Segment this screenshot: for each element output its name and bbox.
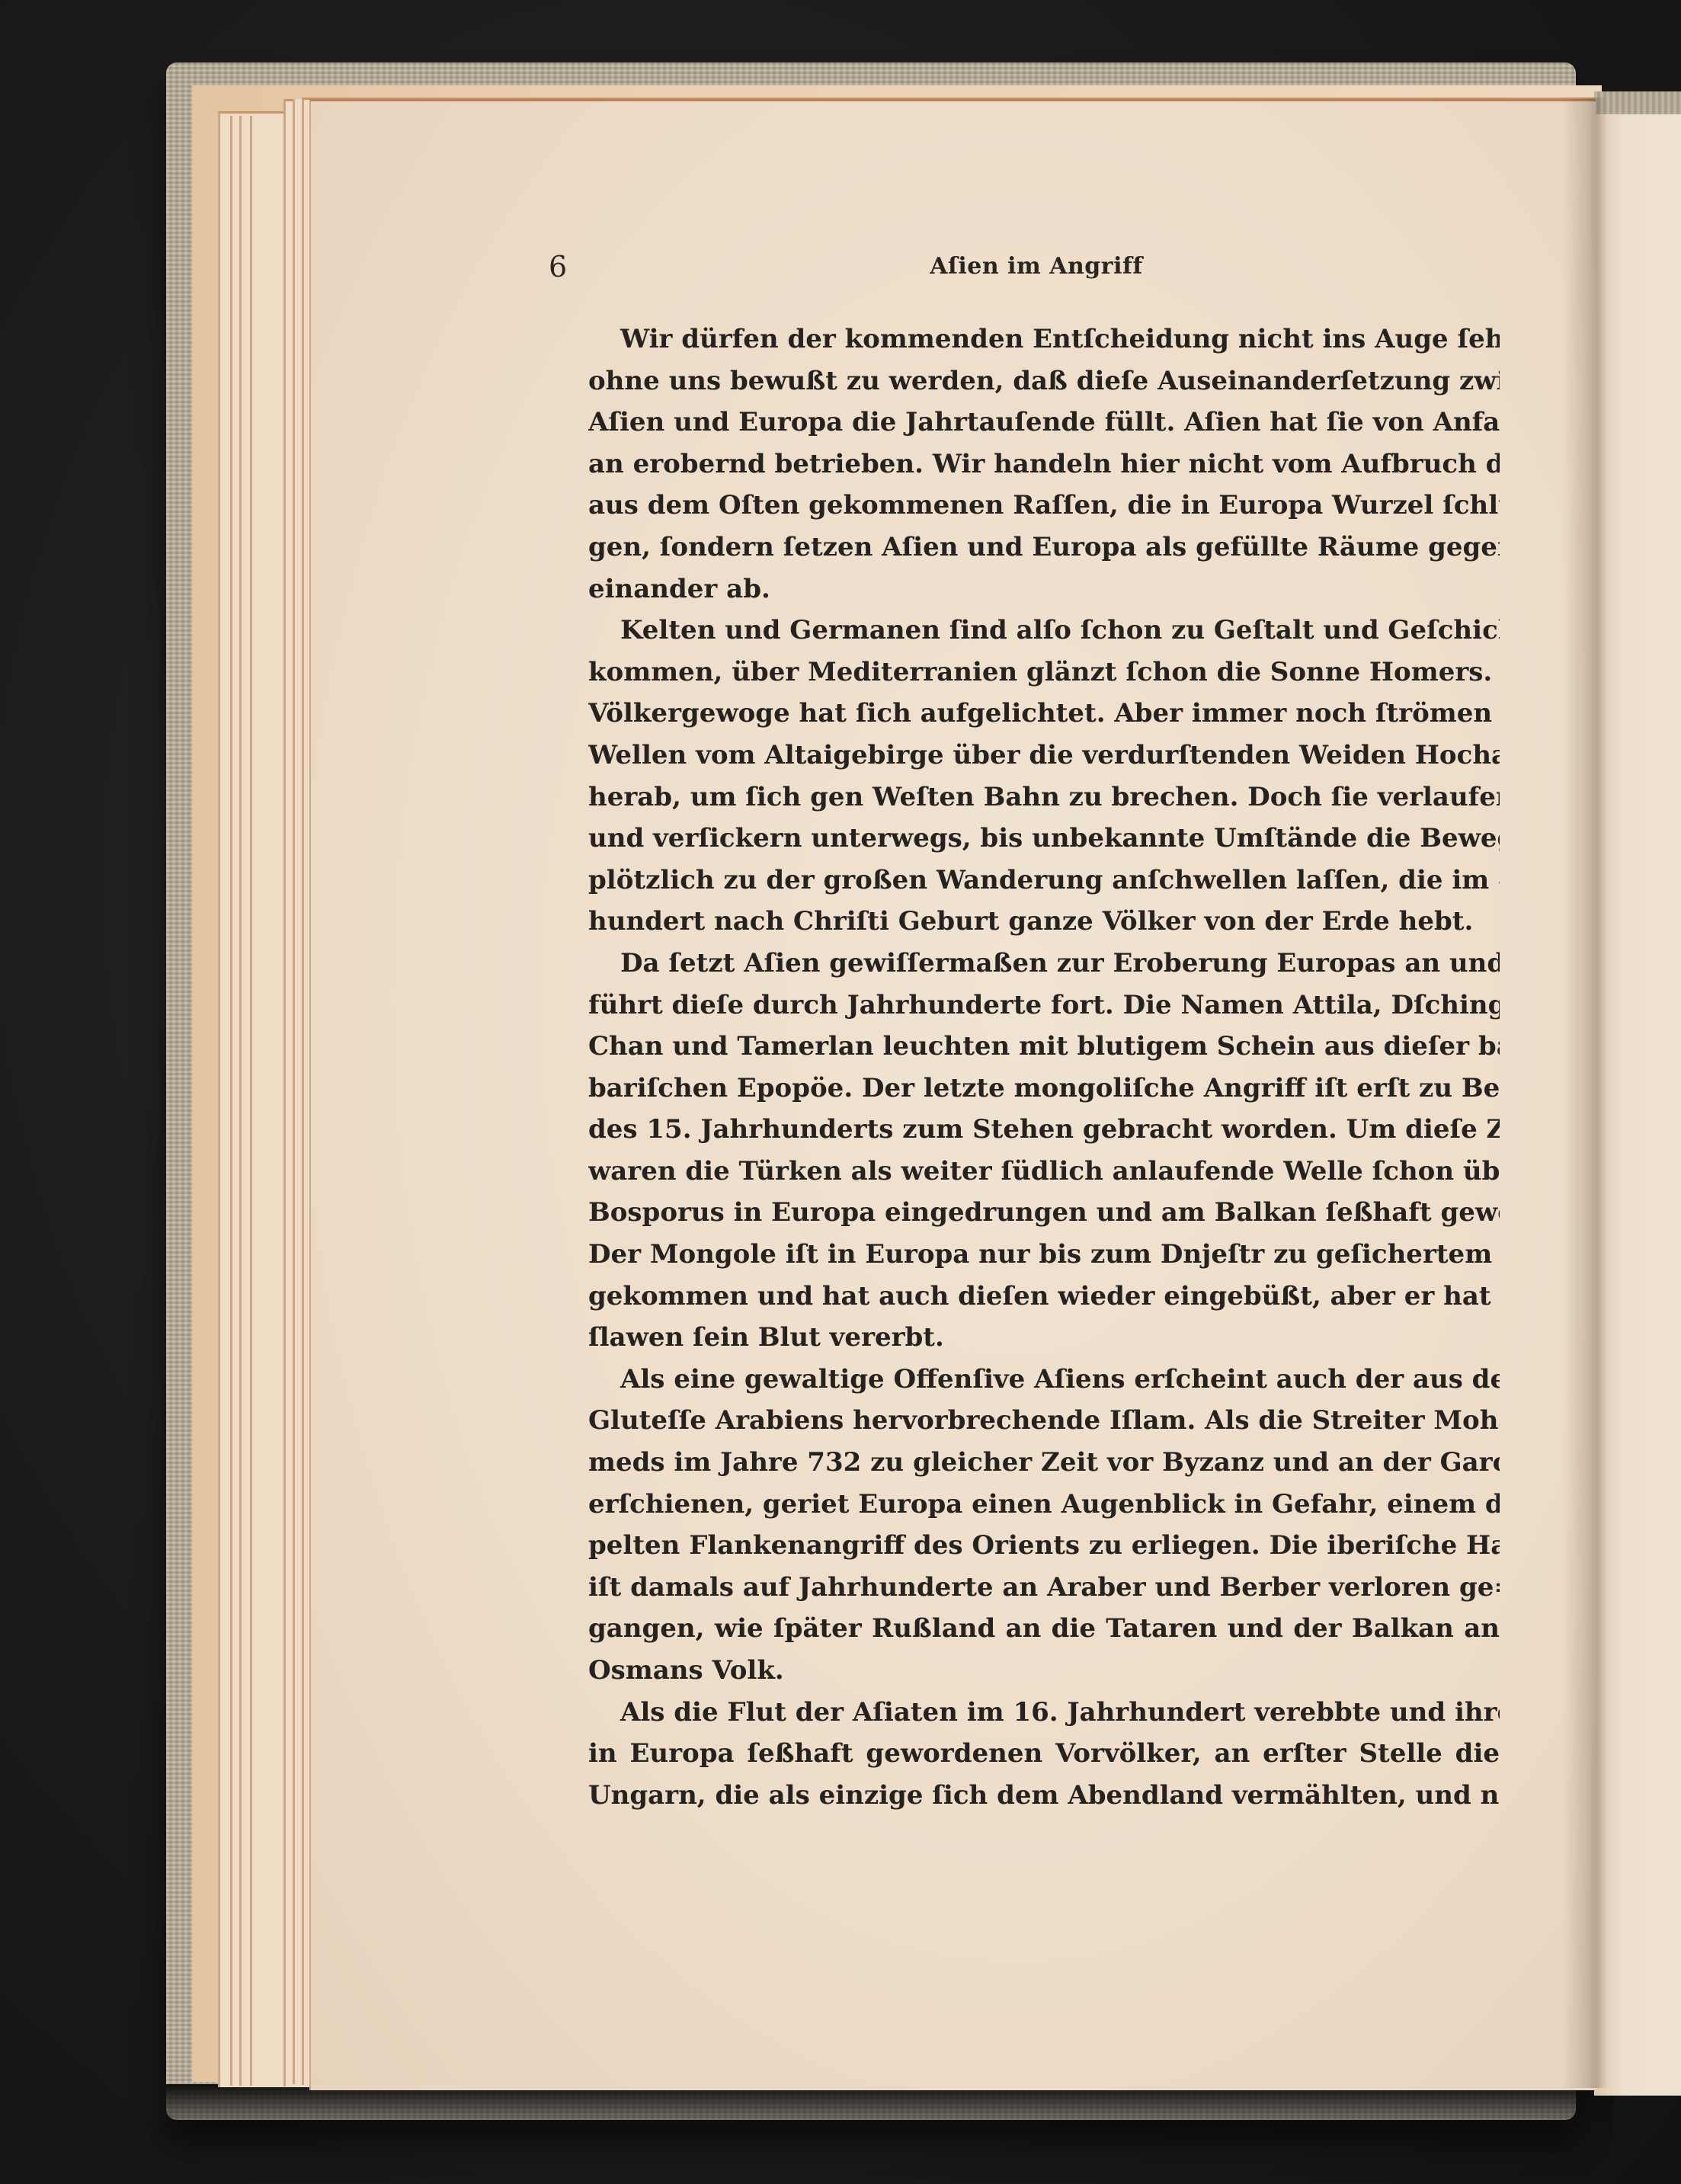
text-line: Als eine gewaltige Offenſive Aſiens erſc… [588,1359,1500,1401]
text-line: ohne uns bewußt zu werden, daß dieſe Aus… [588,360,1500,402]
running-title: Aſien im Angriff [549,253,1524,280]
text-line: iſt damals auf Jahrhunderte an Araber un… [588,1567,1500,1609]
text-line: gekommen und hat auch dieſen wieder eing… [588,1276,1500,1318]
text-line: gen, ſondern ſetzen Aſien und Europa als… [588,527,1500,568]
text-line: gangen, wie ſpäter Rußland an die Tatare… [588,1608,1500,1650]
text-line: Aſien und Europa die Jahrtauſende füllt.… [588,402,1500,444]
text-line: herab, um ſich gen Weſten Bahn zu breche… [588,777,1500,818]
text-line: Gluteſſe Arabiens hervorbrechende Iſlam.… [588,1400,1500,1442]
text-line: ſlawen ſein Blut vererbt. [588,1317,1500,1359]
text-line: einander ab. [588,568,1500,610]
text-line: waren die Türken als weiter ſüdlich anla… [588,1151,1500,1193]
text-line: in Europa ſeßhaft gewordenen Vorvölker, … [588,1733,1500,1775]
text-line: pelten Flankenangriff des Orients zu erl… [588,1525,1500,1567]
paragraph: Da ſetzt Aſien gewiſſermaßen zur Eroberu… [588,943,1500,1359]
text-line: an erobernd betrieben. Wir handeln hier … [588,444,1500,485]
text-line: bariſchen Epopöe. Der letzte mongoliſche… [588,1068,1500,1110]
text-line: Bosporus in Europa eingedrungen und am B… [588,1192,1500,1234]
paragraph: Kelten und Germanen ſind alſo ſchon zu G… [588,610,1500,943]
text-line: des 15. Jahrhunderts zum Stehen gebracht… [588,1109,1500,1151]
text-line: Kelten und Germanen ſind alſo ſchon zu G… [588,610,1500,652]
text-line: meds im Jahre 732 zu gleicher Zeit vor B… [588,1442,1500,1484]
text-line: Der Mongole iſt in Europa nur bis zum Dn… [588,1234,1500,1276]
text-line: Wellen vom Altaigebirge über die verdurſ… [588,735,1500,777]
book-shadow [166,2084,1614,2145]
text-line: Chan und Tamerlan leuchten mit blutigem … [588,1026,1500,1068]
text-line: Da ſetzt Aſien gewiſſermaßen zur Eroberu… [588,943,1500,985]
text-line: Osmans Volk. [588,1650,1500,1692]
text-line: hundert nach Chriſti Geburt ganze Völker… [588,901,1500,943]
text-line: erſchienen, geriet Europa einen Augenbli… [588,1484,1500,1526]
text-line: Als die Flut der Aſiaten im 16. Jahrhund… [588,1692,1500,1734]
page-gutter-shadow [1562,98,1608,2088]
running-head: 6 Aſien im Angriff [549,242,1524,288]
text-line: Völkergewoge hat ſich aufgelichtet. Aber… [588,693,1500,735]
paragraph: Als eine gewaltige Offenſive Aſiens erſc… [588,1359,1500,1692]
text-line: und verſickern unterwegs, bis unbekannte… [588,818,1500,860]
paragraph: Wir dürfen der kommenden Entſcheidung ni… [588,319,1500,610]
body-text: Wir dürfen der kommenden Entſcheidung ni… [588,319,1500,1816]
text-line: aus dem Oſten gekommenen Raſſen, die in … [588,485,1500,527]
text-line: Ungarn, die als einzige ſich dem Abendla… [588,1775,1500,1817]
text-line: Wir dürfen der kommenden Entſcheidung ni… [588,319,1500,360]
paragraph: Als die Flut der Aſiaten im 16. Jahrhund… [588,1692,1500,1817]
text-line: führt dieſe durch Jahrhunderte fort. Die… [588,985,1500,1026]
text-line: plötzlich zu der großen Wanderung anſchw… [588,860,1500,901]
text-line: kommen, über Mediterranien glänzt ſchon … [588,652,1500,693]
